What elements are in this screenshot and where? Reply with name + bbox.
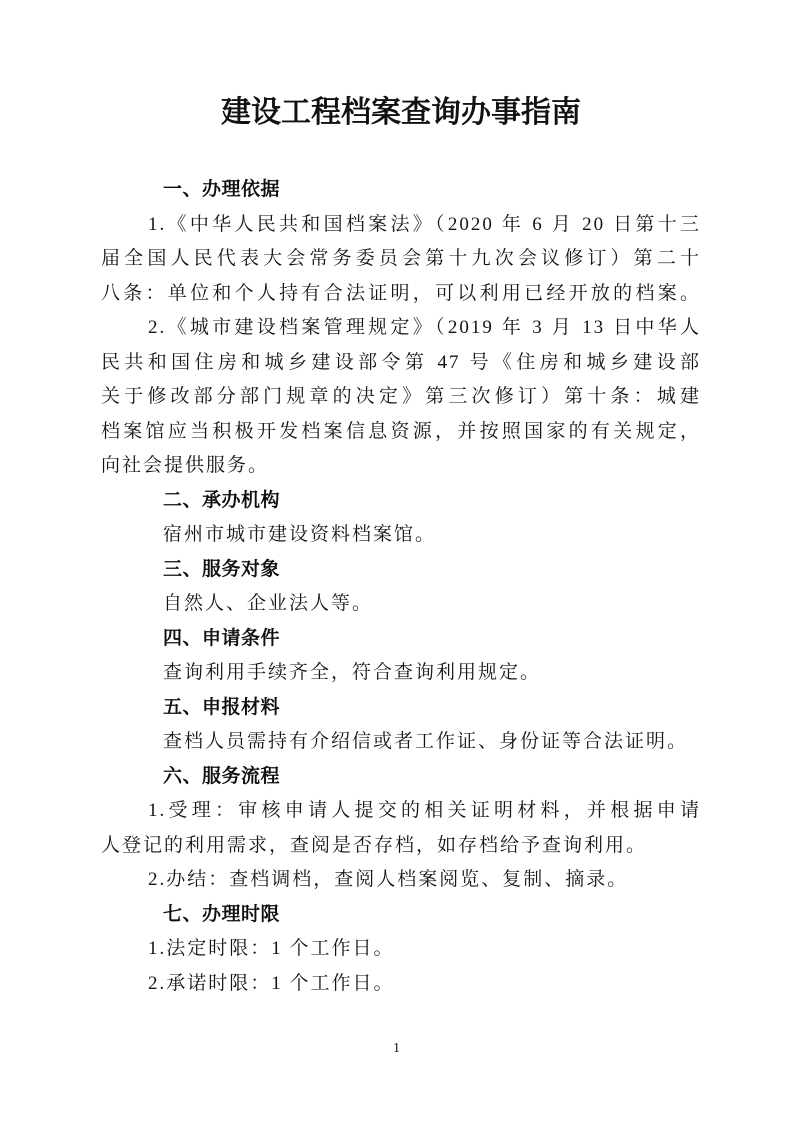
page-number: 1	[0, 1031, 793, 1066]
paragraph-line: 届全国人民代表大会常务委员会第十九次会议修订）第二十	[101, 242, 701, 277]
paragraph-line: 1.法定时限：1 个工作日。	[101, 932, 701, 967]
paragraph-line: 1.受理：审核申请人提交的相关证明材料，并根据申请	[101, 794, 701, 829]
paragraph-line: 2.《城市建设档案管理规定》（2019 年 3 月 13 日中华人	[101, 311, 701, 346]
paragraph-line: 关于修改部分部门规章的决定》第三次修订）第十条：城建	[101, 380, 701, 415]
paragraph-line: 八条：单位和个人持有合法证明，可以利用已经开放的档案。	[101, 277, 701, 312]
paragraph-line: 2.办结：查档调档，查阅人档案阅览、复制、摘录。	[101, 863, 701, 898]
paragraph-line: 宿州市城市建设资料档案馆。	[101, 518, 701, 553]
paragraph-line: 1.《中华人民共和国档案法》（2020 年 6 月 20 日第十三	[101, 208, 701, 243]
paragraph-line: 民共和国住房和城乡建设部令第 47 号《住房和城乡建设部	[101, 346, 701, 381]
paragraph-line: 自然人、企业法人等。	[101, 587, 701, 622]
section-heading-6: 六、服务流程	[101, 760, 701, 795]
section-heading-5: 五、申报材料	[101, 691, 701, 726]
paragraph-line: 查档人员需持有介绍信或者工作证、身份证等合法证明。	[101, 725, 701, 760]
document-body: 一、办理依据 1.《中华人民共和国档案法》（2020 年 6 月 20 日第十三…	[101, 173, 701, 1001]
document-title: 建设工程档案查询办事指南	[101, 95, 701, 131]
section-heading-7: 七、办理时限	[101, 898, 701, 933]
paragraph-line: 人登记的利用需求，查阅是否存档，如存档给予查询利用。	[101, 829, 701, 864]
paragraph-line: 档案馆应当积极开发档案信息资源，并按照国家的有关规定，	[101, 415, 701, 450]
paragraph-line: 向社会提供服务。	[101, 449, 701, 484]
paragraph-line: 查询利用手续齐全，符合查询利用规定。	[101, 656, 701, 691]
section-heading-1: 一、办理依据	[101, 173, 701, 208]
section-heading-4: 四、申请条件	[101, 622, 701, 657]
section-heading-2: 二、承办机构	[101, 484, 701, 519]
paragraph-line: 2.承诺时限：1 个工作日。	[101, 967, 701, 1002]
document-page: 建设工程档案查询办事指南 一、办理依据 1.《中华人民共和国档案法》（2020 …	[0, 0, 793, 1122]
section-heading-3: 三、服务对象	[101, 553, 701, 588]
